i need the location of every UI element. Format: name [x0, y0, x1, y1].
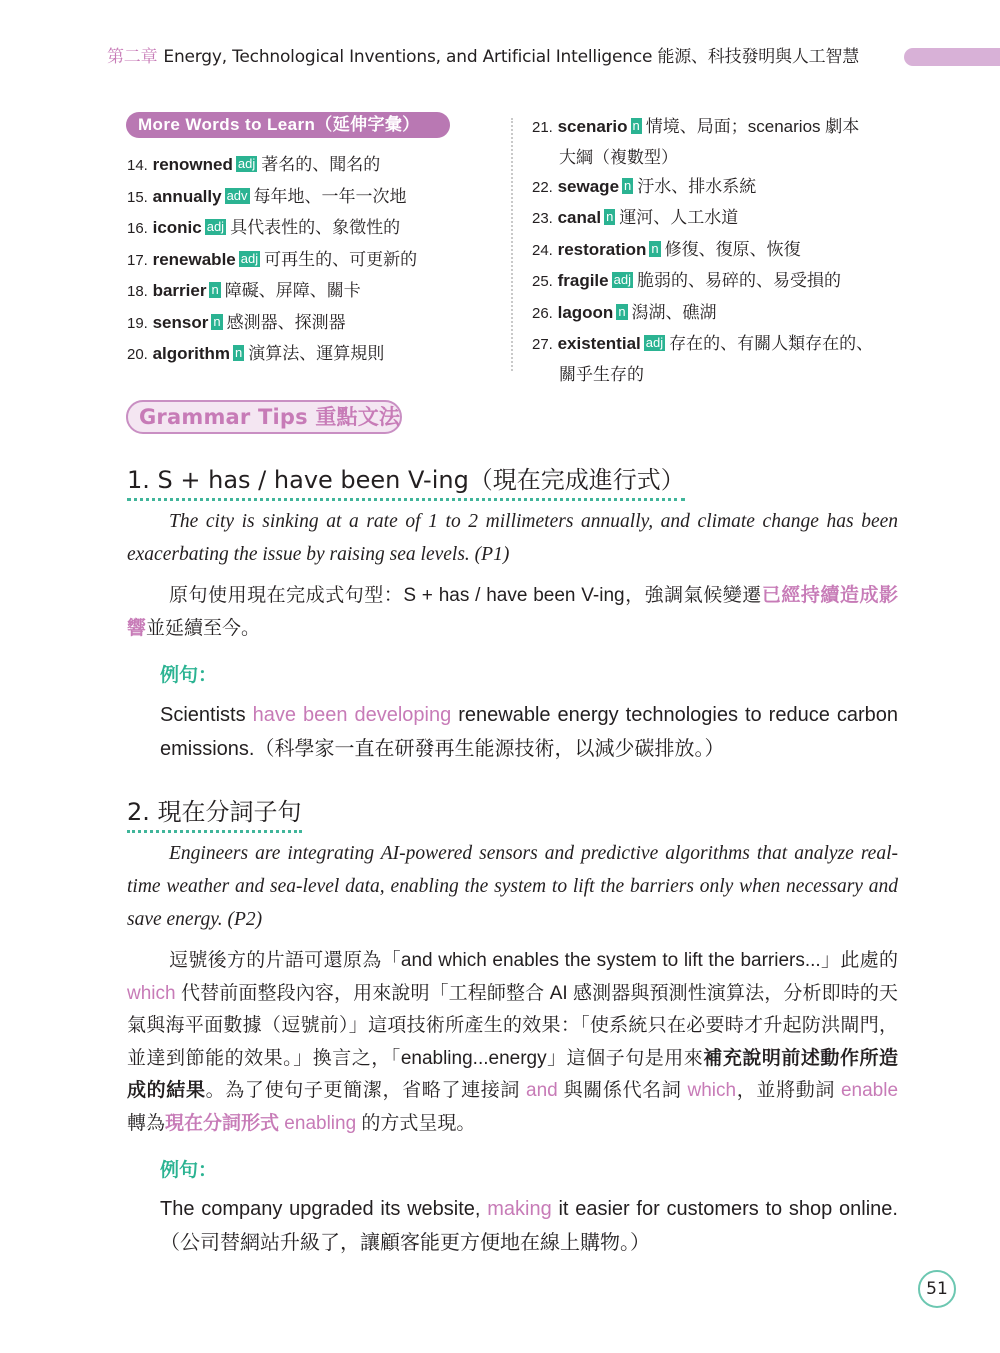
- example-label: 例句：: [160, 1155, 217, 1182]
- vocab-word: lagoon: [558, 303, 614, 322]
- vocab-list-left: 14. renownedadj著名的、聞名的 15. annuallyadv每年…: [127, 150, 497, 371]
- tip1-title: 1. S + has / have been V-ing（現在完成進行式）: [127, 460, 685, 501]
- vocab-item: 19. sensorn感測器、探測器: [127, 308, 497, 340]
- grammar-tips-badge: Grammar Tips 重點文法: [126, 400, 402, 434]
- item-number: 27.: [532, 336, 553, 353]
- vocab-meaning: 感測器、探測器: [227, 313, 346, 332]
- vocab-item: 27. existentialadj存在的、有關人類存在的、關乎生存的: [532, 329, 907, 389]
- item-number: 25.: [532, 273, 553, 290]
- vocab-word: restoration: [558, 240, 647, 259]
- tip2-explanation: 逗號後方的片語可還原為「and which enables the system…: [127, 945, 898, 1140]
- tip2-title-text: 2. 現在分詞子句: [127, 798, 302, 826]
- vocab-word: fragile: [558, 271, 609, 290]
- vocab-item: 18. barriern障礙、屏障、關卡: [127, 276, 497, 308]
- vocab-meaning: 脆弱的、易碎的、易受損的: [637, 271, 841, 290]
- pos-tag: adv: [225, 188, 250, 204]
- item-number: 15.: [127, 189, 148, 206]
- header-accent-bar: [904, 48, 1000, 66]
- item-number: 20.: [127, 346, 148, 363]
- vocab-item: 16. iconicadj具代表性的、象徵性的: [127, 213, 497, 245]
- highlight-text: and: [526, 1080, 558, 1101]
- highlight-text: have been developing: [253, 704, 452, 726]
- vocab-word: sensor: [153, 313, 209, 332]
- vocab-meaning: 汙水、排水系統: [637, 177, 756, 196]
- pos-tag: adj: [205, 219, 226, 235]
- pos-tag: n: [209, 282, 220, 298]
- explain-text: 並延續至今。: [146, 618, 260, 639]
- vocab-meaning: 可再生的、可更新的: [264, 250, 417, 269]
- pos-tag: adj: [236, 156, 257, 172]
- highlight-text: which: [688, 1080, 737, 1101]
- chapter-label: 第二章: [107, 47, 157, 67]
- tip2-title: 2. 現在分詞子句: [127, 792, 302, 833]
- vocab-word: sewage: [558, 177, 619, 196]
- pos-tag: n: [211, 314, 222, 330]
- highlight-text: enabling: [279, 1113, 356, 1134]
- vocab-meaning: 存在的、有關人類存在的、: [669, 334, 873, 353]
- vocab-word: iconic: [153, 218, 202, 237]
- pos-tag: n: [631, 118, 642, 134]
- quote-text: The city is sinking at a rate of 1 to 2 …: [127, 511, 898, 565]
- tip1-quote: The city is sinking at a rate of 1 to 2 …: [127, 505, 898, 571]
- pos-tag: adj: [644, 335, 665, 351]
- vocab-item: 17. renewableadj可再生的、可更新的: [127, 245, 497, 277]
- tip2-quote: Engineers are integrating AI-powered sen…: [127, 837, 898, 936]
- vocab-word: barrier: [153, 281, 207, 300]
- explain-text: 原句使用現在完成式句型：S + has / have been V-ing，強調…: [169, 585, 762, 606]
- running-header: 第二章Energy, Technological Inventions, and…: [107, 44, 859, 70]
- title-underline: [127, 830, 302, 833]
- vocab-meaning: 障礙、屏障、關卡: [225, 281, 361, 300]
- tip1-example: Scientists have been developing renewabl…: [160, 698, 898, 766]
- vocab-item: 24. restorationn修復、復原、恢復: [532, 235, 907, 267]
- vocab-word: algorithm: [153, 344, 230, 363]
- tip1-explanation: 原句使用現在完成式句型：S + has / have been V-ing，強調…: [127, 580, 898, 645]
- vocab-meaning: 修復、復原、恢復: [665, 240, 801, 259]
- vocab-item: 20. algorithmn演算法、運算規則: [127, 339, 497, 371]
- vocab-meaning: 每年地、一年一次地: [254, 187, 407, 206]
- example-label: 例句：: [160, 660, 217, 687]
- vocab-meaning: 著名的、聞名的: [261, 155, 380, 174]
- quote-text: Engineers are integrating AI-powered sen…: [127, 843, 898, 930]
- explain-text: 逗號後方的片語可還原為「and which enables the system…: [169, 950, 898, 971]
- vocab-list-right: 21. scenarion情境、局面；scenarios 劇本大綱（複數型） 2…: [532, 112, 907, 389]
- vocab-meaning: 運河、人工水道: [619, 208, 738, 227]
- vocab-item: 14. renownedadj著名的、聞名的: [127, 150, 497, 182]
- item-number: 22.: [532, 179, 553, 196]
- vocab-item: 22. sewagen汙水、排水系統: [532, 172, 907, 204]
- example-text: The company upgraded its website,: [160, 1198, 487, 1220]
- vocab-word: renowned: [153, 155, 233, 174]
- vocab-meaning-cont: 大綱（複數型）: [532, 144, 907, 172]
- item-number: 14.: [127, 157, 148, 174]
- highlight-text: making: [487, 1198, 551, 1220]
- more-words-badge: More Words to Learn（延伸字彙）: [126, 112, 450, 138]
- vocab-word: annually: [153, 187, 222, 206]
- pos-tag: n: [616, 304, 627, 320]
- item-number: 17.: [127, 252, 148, 269]
- pos-tag: n: [604, 209, 615, 225]
- item-number: 16.: [127, 220, 148, 237]
- item-number: 18.: [127, 283, 148, 300]
- page-number: 51: [918, 1270, 956, 1308]
- explain-text: 。為了使句子更簡潔，省略了連接詞: [206, 1080, 526, 1101]
- item-number: 19.: [127, 315, 148, 332]
- explain-text: 轉為: [127, 1113, 165, 1134]
- title-underline: [127, 498, 685, 501]
- vocab-meaning-cont: 關乎生存的: [532, 361, 907, 389]
- explain-text: ，並將動詞: [736, 1080, 841, 1101]
- explain-text: 與關係代名詞: [558, 1080, 688, 1101]
- column-divider: [511, 118, 513, 371]
- vocab-meaning: 具代表性的、象徵性的: [230, 218, 400, 237]
- highlight-text: which: [127, 983, 176, 1004]
- pos-tag: n: [622, 178, 633, 194]
- vocab-item: 15. annuallyadv每年地、一年一次地: [127, 182, 497, 214]
- pos-tag: adj: [612, 272, 633, 288]
- vocab-meaning: 潟湖、礁湖: [632, 303, 717, 322]
- pos-tag: n: [233, 345, 244, 361]
- explain-text: 的方式呈現。: [356, 1113, 475, 1134]
- example-text: Scientists: [160, 704, 253, 726]
- vocab-item: 25. fragileadj脆弱的、易碎的、易受損的: [532, 266, 907, 298]
- item-number: 26.: [532, 305, 553, 322]
- item-number: 24.: [532, 242, 553, 259]
- vocab-word: canal: [558, 208, 601, 227]
- vocab-item: 26. lagoonn潟湖、礁湖: [532, 298, 907, 330]
- vocab-item: 23. canaln運河、人工水道: [532, 203, 907, 235]
- tip2-example: The company upgraded its website, making…: [160, 1192, 898, 1260]
- vocab-word: existential: [558, 334, 641, 353]
- tip1-title-text: 1. S + has / have been V-ing（現在完成進行式）: [127, 466, 685, 494]
- vocab-meaning: 情境、局面；scenarios 劇本: [646, 117, 859, 136]
- pos-tag: n: [649, 241, 660, 257]
- vocab-word: renewable: [153, 250, 236, 269]
- vocab-item: 21. scenarion情境、局面；scenarios 劇本大綱（複數型）: [532, 112, 907, 172]
- pos-tag: adj: [239, 251, 260, 267]
- highlight-text: enable: [841, 1080, 898, 1101]
- vocab-meaning: 演算法、運算規則: [248, 344, 384, 363]
- item-number: 21.: [532, 119, 553, 136]
- item-number: 23.: [532, 210, 553, 227]
- vocab-word: scenario: [558, 117, 628, 136]
- chapter-title: Energy, Technological Inventions, and Ar…: [163, 47, 859, 67]
- highlight-text: 現在分詞形式: [165, 1113, 279, 1134]
